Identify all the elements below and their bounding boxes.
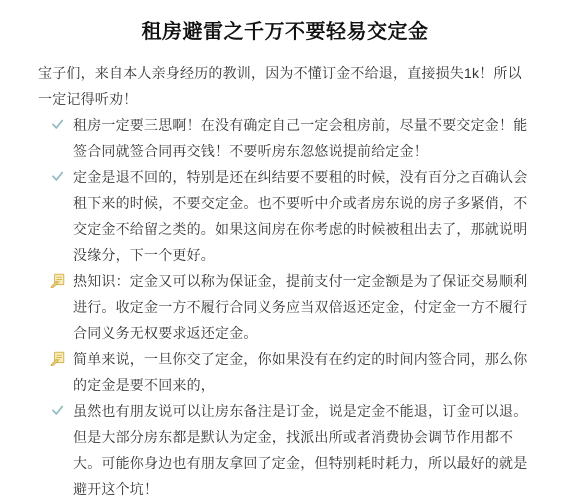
list-item: 简单来说，一旦你交了定金，你如果没有在约定的时间内签合同，那么你的定金是要不回来… bbox=[50, 346, 532, 398]
article-page: 租房避雷之千万不要轻易交定金 宝子们，来自本人亲身经历的教训，因为不懂订金不给退… bbox=[0, 0, 566, 500]
list-item: 虽然也有朋友说可以让房东备注是订金，说是定金不能退，订金可以退。但是大部分房东都… bbox=[50, 398, 532, 500]
tip-text: 租房一定要三思啊！在没有确定自己一定会租房前，尽量不要交定金！能签合同就签合同再… bbox=[73, 117, 527, 159]
tip-text: 简单来说，一旦你交了定金，你如果没有在约定的时间内签合同，那么你的定金是要不回来… bbox=[73, 351, 527, 393]
check-icon bbox=[50, 403, 65, 418]
tip-text: 虽然也有朋友说可以让房东备注是订金，说是定金不能退，订金可以退。但是大部分房东都… bbox=[73, 403, 527, 497]
tip-text: 定金是退不回的，特别是还在纠结要不要租的时候，没有百分之百确认会租下来的时候，不… bbox=[73, 169, 527, 263]
memo-pen-icon bbox=[50, 351, 65, 366]
page-title: 租房避雷之千万不要轻易交定金 bbox=[38, 18, 532, 46]
check-icon bbox=[50, 117, 65, 132]
memo-pen-icon bbox=[50, 273, 65, 288]
list-item: 定金是退不回的，特别是还在纠结要不要租的时候，没有百分之百确认会租下来的时候，不… bbox=[50, 164, 532, 268]
check-icon bbox=[50, 169, 65, 184]
intro-paragraph: 宝子们，来自本人亲身经历的教训，因为不懂订金不给退，直接损失1k！所以一定记得听… bbox=[38, 60, 532, 112]
tip-text: 热知识：定金又可以称为保证金，提前支付一定金额是为了保证交易顺利进行。收定金一方… bbox=[73, 273, 527, 341]
list-item: 热知识：定金又可以称为保证金，提前支付一定金额是为了保证交易顺利进行。收定金一方… bbox=[50, 268, 532, 346]
tips-list: 租房一定要三思啊！在没有确定自己一定会租房前，尽量不要交定金！能签合同就签合同再… bbox=[38, 112, 532, 500]
list-item: 租房一定要三思啊！在没有确定自己一定会租房前，尽量不要交定金！能签合同就签合同再… bbox=[50, 112, 532, 164]
